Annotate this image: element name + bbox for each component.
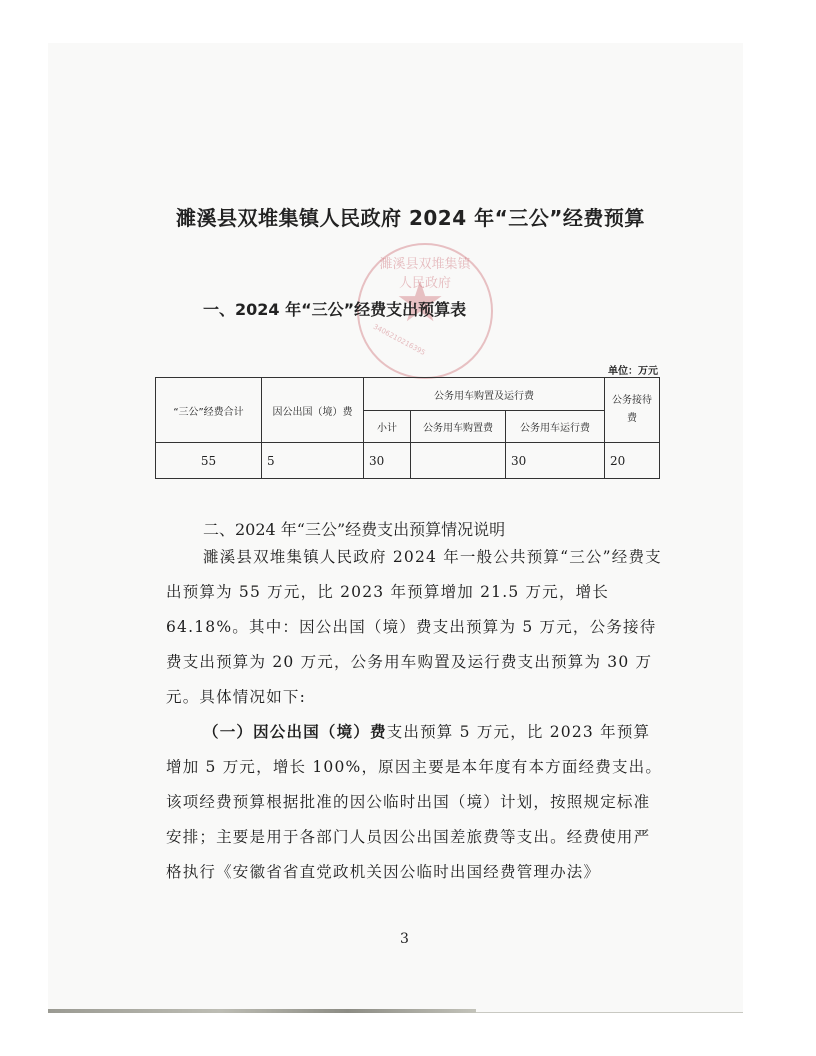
table-row: 55 5 30 30 20 — [156, 443, 660, 479]
cell-abroad: 5 — [262, 443, 364, 479]
cell-vehicle-purchase — [411, 443, 506, 479]
header-vehicle-group: 公务用车购置及运行费 — [364, 378, 605, 411]
page-edge-shadow — [48, 1009, 476, 1013]
cell-total: 55 — [156, 443, 262, 479]
header-abroad: 因公出国（境）费 — [262, 378, 364, 443]
cell-vehicle-operation: 30 — [506, 443, 605, 479]
header-reception: 公务接待费 — [605, 378, 660, 443]
cell-reception: 20 — [605, 443, 660, 479]
item1-text: 支出预算 5 万元，比 2023 年预算增加 5 万元，增长 100%，原因主要… — [166, 723, 662, 881]
item1-label: （一）因公出国（境）费 — [203, 723, 387, 741]
cell-subtotal: 30 — [364, 443, 411, 479]
section2-paragraph1: 濉溪县双堆集镇人民政府 2024 年一般公共预算“三公”经费支出预算为 55 万… — [166, 540, 666, 715]
unit-label: 单位：万元 — [560, 362, 658, 377]
header-vehicle-operation: 公务用车运行费 — [506, 411, 605, 443]
table-header-row: “三公”经费合计 因公出国（境）费 公务用车购置及运行费 公务接待费 — [156, 378, 660, 411]
section1-heading: 一、2024 年“三公”经费支出预算表 — [203, 297, 466, 320]
page-number: 3 — [400, 931, 409, 947]
document-title: 濉溪县双堆集镇人民政府 2024 年“三公”经费预算 — [176, 202, 656, 231]
section2-item1: （一）因公出国（境）费支出预算 5 万元，比 2023 年预算增加 5 万元，增… — [166, 715, 666, 890]
header-subtotal: 小计 — [364, 411, 411, 443]
header-total: “三公”经费合计 — [156, 378, 262, 443]
paragraph1-text: 濉溪县双堆集镇人民政府 2024 年一般公共预算“三公”经费支出预算为 55 万… — [166, 548, 662, 706]
budget-table: “三公”经费合计 因公出国（境）费 公务用车购置及运行费 公务接待费 小计 公务… — [155, 377, 660, 479]
section2-heading: 二、2024 年“三公”经费支出预算情况说明 — [203, 517, 505, 540]
header-vehicle-purchase: 公务用车购置费 — [411, 411, 506, 443]
